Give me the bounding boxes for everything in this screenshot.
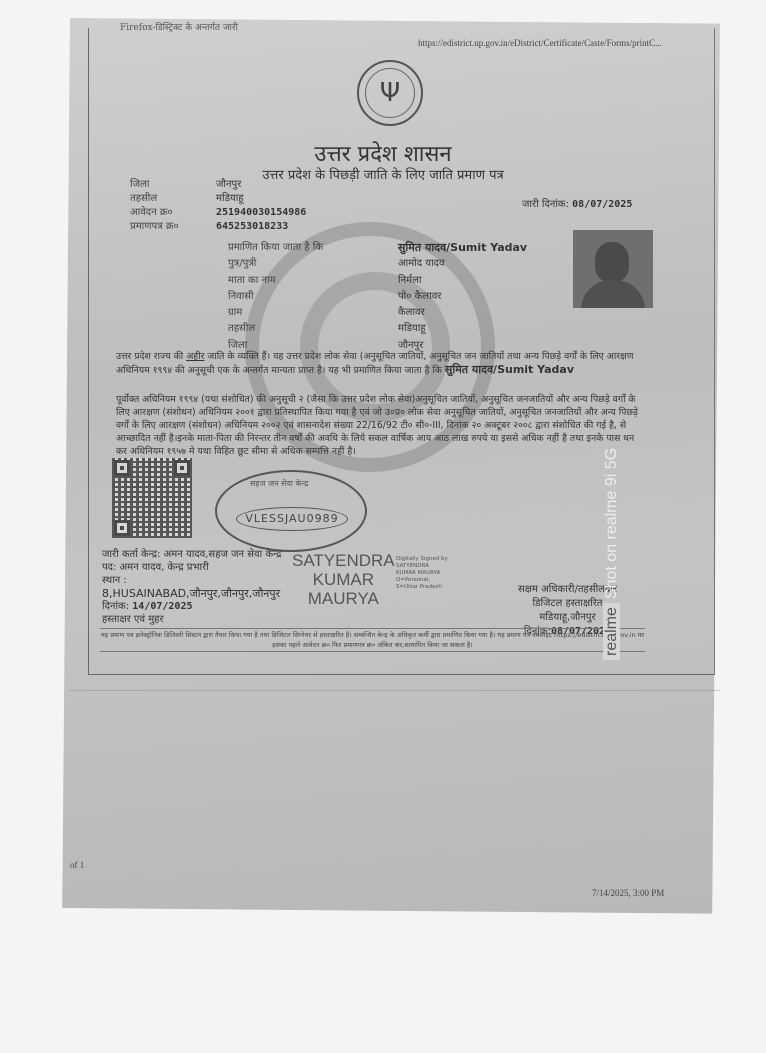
detail-row-father: पुत्र/पुत्रीआमोद यादव	[228, 256, 527, 272]
detail-value: पो० कैलावर	[398, 289, 441, 305]
camera-text: Shot on realme 9i 5G	[603, 448, 620, 599]
meta-label: आवेदन क्र०	[130, 206, 216, 220]
issuer-date-label: दिनांक:	[102, 601, 129, 612]
detail-label: पुत्र/पुत्री	[228, 256, 398, 272]
sig-meta-line: KUMAR MAURYA	[396, 570, 448, 577]
certificate-subtitle: उत्तर प्रदेश के पिछड़ी जाति के लिए जाति …	[0, 165, 766, 183]
qr-finder	[114, 520, 130, 536]
issuer-center: जारी कर्ता केन्द्र: अमन यादव,सहज जन सेवा…	[102, 548, 281, 561]
photo-head	[595, 242, 629, 282]
issuer-date-value: 14/07/2025	[132, 601, 192, 612]
detail-value: मडियाहू	[398, 321, 426, 337]
issue-date-value: 08/07/2025	[572, 199, 632, 210]
photo-body	[581, 280, 645, 308]
meta-label: प्रमाणपत्र क्र०	[130, 220, 216, 234]
detail-label: प्रमाणित किया जाता है कि	[228, 240, 398, 256]
issuer-sign-label: हस्ताक्षर एवं मुहर	[102, 613, 281, 626]
detail-value: निर्मला	[398, 273, 422, 289]
detail-value: कैलावर	[398, 305, 425, 321]
detail-row-mother: माता का नामनिर्मला	[228, 273, 527, 289]
seal-ring-text: सहज जन सेवा केन्द्र	[250, 478, 308, 489]
meta-label: तहसील	[130, 192, 216, 206]
digital-signature-meta: Digitally Signed by SATYENDRA KUMAR MAUR…	[396, 556, 448, 591]
detail-label: तहसील	[228, 321, 398, 337]
meta-row-district: जिलाजौनपुर	[130, 178, 306, 192]
officer-signed: डिजिटल हस्ताक्षरित	[470, 597, 665, 611]
sig-line: MAURYA	[292, 589, 395, 608]
certificate-meta: जिलाजौनपुर तहसीलमडियाहू आवेदन क्र०251940…	[130, 178, 306, 234]
camera-watermark: realmeShot on realme 9i 5G	[603, 448, 621, 660]
certificate-title: उत्तर प्रदेश शासन	[0, 138, 766, 168]
detail-row-tehsil: तहसीलमडियाहू	[228, 321, 527, 337]
sig-meta-line: O=Personal,	[396, 577, 448, 584]
emblem-inner-ring: Ψ	[365, 68, 415, 118]
meta-value: 251940030154986	[216, 206, 306, 220]
verification-footer-note: यह प्रमाण पत्र इलेक्ट्रॉनिक डिलिवरी सिस्…	[100, 628, 645, 652]
detail-value: आमोद यादव	[398, 256, 445, 272]
meta-label: जिला	[130, 178, 216, 192]
caste-name: अहीर	[186, 351, 204, 362]
page-counter: of 1	[70, 860, 84, 870]
issuer-date: दिनांक: 14/07/2025	[102, 600, 281, 613]
applicant-details: प्रमाणित किया जाता है किसुमित यादव/Sumit…	[228, 240, 527, 354]
officer-location: मडियाहू,जौनपुर	[470, 611, 665, 625]
issuer-place: 8,HUSAINABAD,जौनपुर,जौनपुर,जौनपुर	[102, 587, 281, 600]
applicant-name-inline: सुमित यादव/Sumit Yadav	[445, 363, 574, 376]
meta-value: मडियाहू	[216, 192, 244, 206]
issue-date-label: जारी दिनांक:	[522, 199, 569, 210]
meta-value: 645253018233	[216, 220, 288, 234]
detail-row-village: ग्रामकैलावर	[228, 305, 527, 321]
digital-signature-name: SATYENDRA KUMAR MAURYA	[292, 551, 395, 608]
issuer-designation: पद: अमन यादव, केन्द्र प्रभारी	[102, 561, 281, 574]
meta-row-application-no: आवेदन क्र०251940030154986	[130, 206, 306, 220]
sig-line: SATYENDRA	[292, 551, 395, 570]
detail-value: सुमित यादव/Sumit Yadav	[398, 240, 527, 256]
meta-row-certificate-no: प्रमाणपत्र क्र०645253018233	[130, 220, 306, 234]
meta-value: जौनपुर	[216, 178, 241, 192]
issuer-place-label: स्थान :	[102, 574, 281, 587]
issuing-center: जारी कर्ता केन्द्र: अमन यादव,सहज जन सेवा…	[102, 548, 281, 626]
sig-meta-line: S=Uttar Pradesh	[396, 584, 448, 591]
detail-label: माता का नाम	[228, 273, 398, 289]
camera-brand: realme	[603, 603, 620, 660]
sig-meta-line: Digitally Signed by	[396, 556, 448, 563]
para-text: उत्तर प्रदेश राज्य की	[116, 351, 183, 362]
meta-row-tehsil: तहसीलमडियाहू	[130, 192, 306, 206]
detail-label: निवासी	[228, 289, 398, 305]
qr-finder	[174, 460, 190, 476]
verification-qr-code	[112, 458, 192, 538]
issue-date: जारी दिनांक: 08/07/2025	[522, 196, 632, 210]
detail-row-name: प्रमाणित किया जाता है किसुमित यादव/Sumit…	[228, 240, 527, 256]
applicant-photo	[573, 230, 653, 308]
certification-paragraph-1: उत्तर प्रदेश राज्य की अहीर जाति के व्यक्…	[116, 350, 646, 377]
sig-meta-line: SATYENDRA	[396, 563, 448, 570]
officer-title: सक्षम अधिकारी/तहसीलदार	[470, 583, 665, 597]
qr-finder	[114, 460, 130, 476]
sig-line: KUMAR	[292, 570, 395, 589]
paper-fold-line	[70, 690, 720, 691]
seal-code: VLESSJAU0989	[236, 507, 348, 531]
detail-row-resident: निवासीपो० कैलावर	[228, 289, 527, 305]
print-timestamp: 7/14/2025, 3:00 PM	[592, 888, 664, 898]
up-emblem-icon: Ψ	[357, 60, 423, 126]
certification-paragraph-2: पूर्वोक्त अधिनियम १९९४ (यथा संशोधित) की …	[116, 393, 646, 458]
detail-label: ग्राम	[228, 305, 398, 321]
